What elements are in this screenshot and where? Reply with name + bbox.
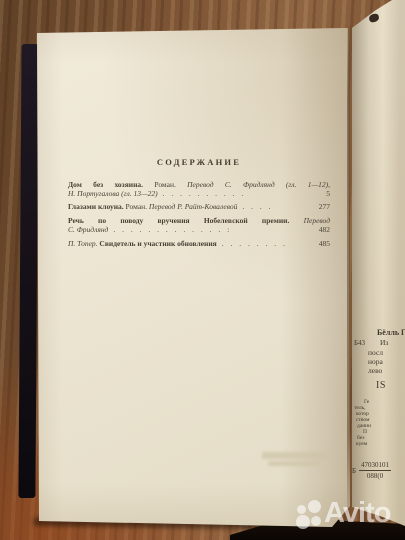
toc-title-text: Глазами клоуна. (68, 202, 124, 211)
annotation-fragment: Из (380, 338, 388, 347)
toc-page-number: 5 (306, 189, 330, 198)
catalog-fraction: 47030101 088(0 (359, 461, 391, 480)
library-index-code: Б43 (354, 339, 365, 347)
colophon-fragment: Ге тель, котор ством данни П без куем (354, 399, 371, 447)
dot-leader: . . . . (237, 202, 306, 211)
author-name-fragment: Бёлль Г. (377, 328, 405, 337)
toc-translator-text: Н. Португалова (гл. 13—22) (68, 189, 158, 198)
toc-page-number: 485 (306, 239, 330, 248)
toc-title-text: Дом без хозяина. (68, 180, 143, 189)
colophon-line: куем (356, 441, 371, 447)
stamp-line (262, 452, 328, 459)
catalog-code: Б 47030101 088(0 (352, 461, 391, 480)
dot-leader: . . . . . . . . . . (158, 189, 306, 198)
page-shading (350, 0, 405, 532)
embossed-stamp (262, 450, 330, 470)
dot-leader: . . . . . . . . (217, 239, 306, 248)
avito-dots-icon (297, 505, 306, 514)
toc-translator-text: С. Фридлянд (68, 225, 108, 234)
contents-page: СОДЕРЖАНИЕ Дом без хозяина. Роман. Перев… (30, 22, 352, 534)
avito-dots-icon (296, 515, 310, 529)
toc-entry-line: Дом без хозяина. Роман. Перевод С. Фридл… (68, 180, 356, 189)
dot-leader: . . . . . . . . . . . . . : (108, 225, 306, 234)
catalog-prefix: Б (352, 467, 356, 475)
toc-title-text: Свидетель и участник обновления (99, 239, 216, 248)
avito-watermark: Avito (291, 496, 405, 538)
stamp-line (268, 461, 320, 466)
next-page-edge: Бёлль Г. Б43 Из посл нора лево IS Ге тел… (350, 0, 405, 532)
annotation-fragment: посл (368, 348, 383, 357)
toc-genre-text: Роман. (154, 180, 176, 189)
book-cover-edge-left (18, 44, 38, 498)
annotation-fragment: лево (368, 366, 382, 375)
catalog-denominator: 088(0 (359, 471, 391, 480)
isbn-fragment: IS (376, 380, 386, 391)
toc-entry-dom-bez-khozyaina: Дом без хозяина. Роман. Перевод С. Фридл… (68, 180, 330, 198)
toc-entry-line: Н. Португалова (гл. 13—22) . . . . . . .… (68, 189, 330, 198)
toc-page-number: 277 (306, 202, 330, 211)
toc-translator-text: Перевод Р. Райт-Ковалевой (149, 202, 237, 211)
page-gutter (347, 26, 350, 508)
toc-author-text: П. Топер. (68, 239, 98, 248)
toc-page-number: 482 (306, 225, 330, 234)
catalog-numerator: 47030101 (359, 461, 391, 471)
avito-watermark-text: Avito (324, 497, 390, 530)
toc-entry-line: Речь по поводу вручения Нобелевской прем… (68, 216, 356, 225)
toc-title-text: Речь по поводу вручения Нобелевской прем… (68, 216, 289, 225)
table-of-contents: СОДЕРЖАНИЕ Дом без хозяина. Роман. Перев… (68, 158, 330, 248)
toc-entry-line: Глазами клоуна. Роман. Перевод Р. Райт-К… (68, 202, 330, 211)
avito-dots-icon (311, 516, 321, 526)
toc-translator-text: Перевод (304, 216, 330, 225)
toc-entry-toper-afterword: П. Топер. Свидетель и участник обновлени… (68, 239, 330, 248)
annotation-fragment: нора (368, 357, 383, 366)
avito-dots-icon (308, 500, 321, 513)
book-photo: СОДЕРЖАНИЕ Дом без хозяина. Роман. Перев… (0, 0, 405, 540)
toc-entry-nobel-speech: Речь по поводу вручения Нобелевской прем… (68, 216, 330, 234)
toc-translator-text: Перевод С. Фридлянд (гл. 1—12), (187, 180, 330, 189)
toc-entry-line: П. Топер. Свидетель и участник обновлени… (68, 239, 330, 248)
contents-title: СОДЕРЖАНИЕ (68, 158, 330, 167)
toc-genre-text: Роман. (126, 202, 148, 211)
toc-entry-glazami-klouna: Глазами клоуна. Роман. Перевод Р. Райт-К… (68, 202, 330, 211)
toc-entry-line: С. Фридлянд . . . . . . . . . . . . . : … (68, 225, 330, 234)
